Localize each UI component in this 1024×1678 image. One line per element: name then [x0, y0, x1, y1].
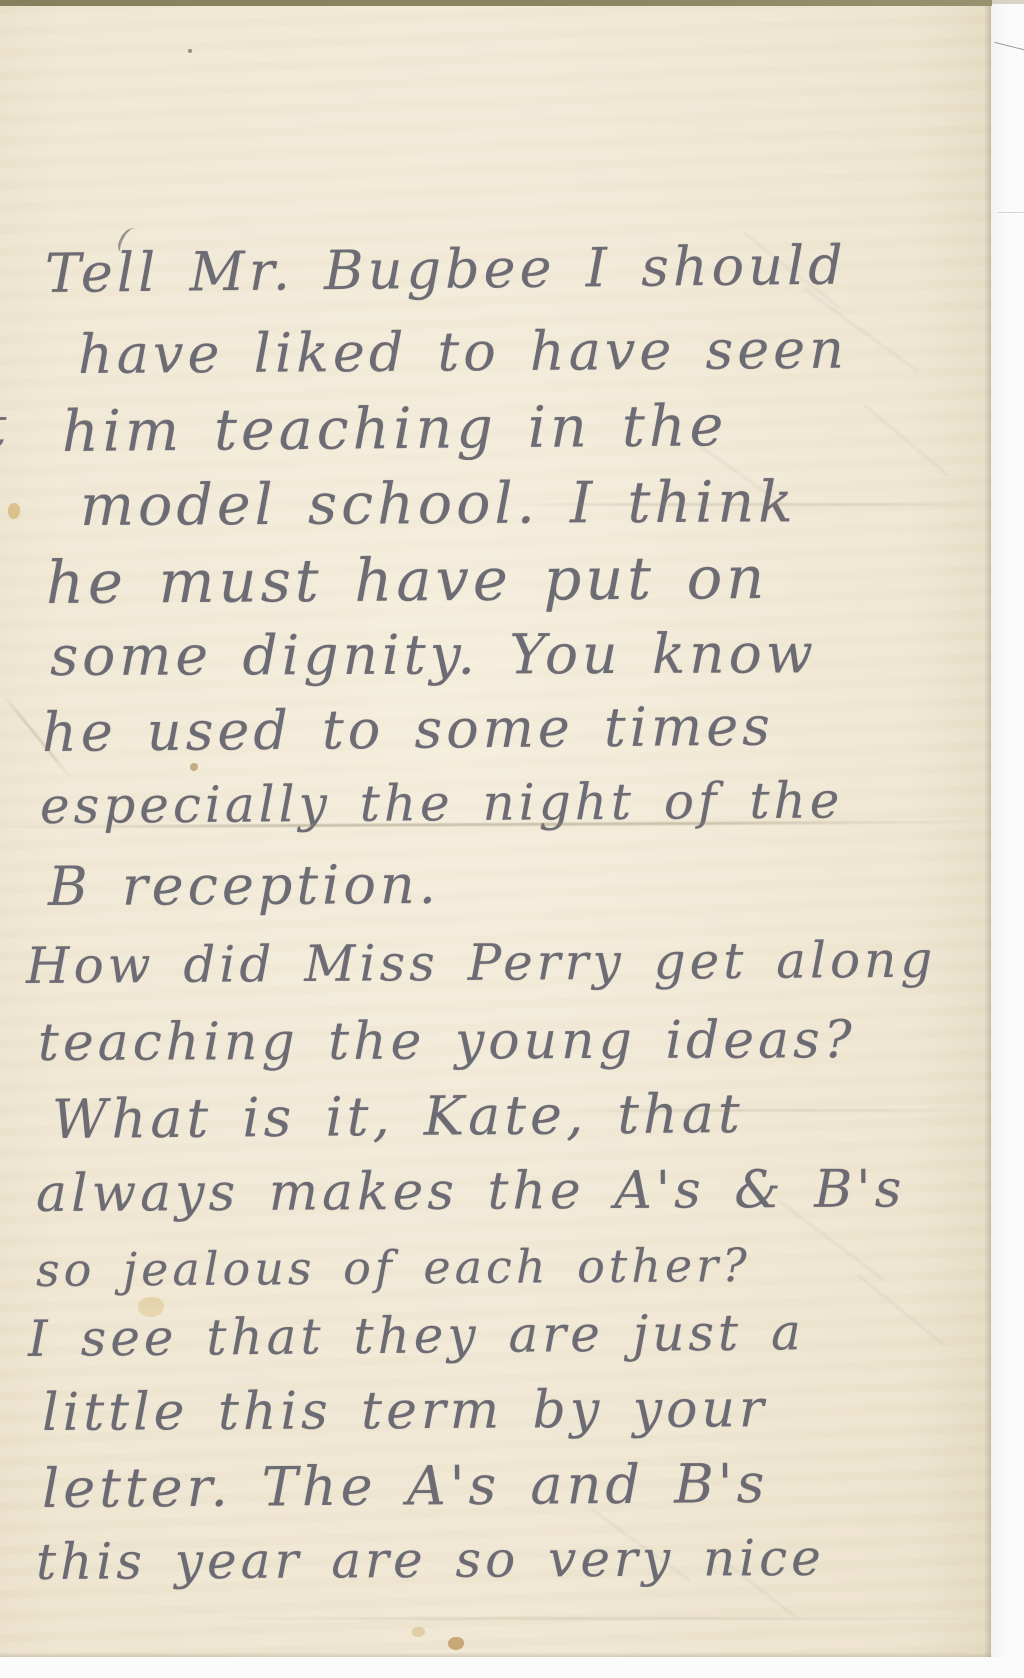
- scan-background-right: [991, 0, 1024, 1678]
- scan-top-edge: [0, 0, 992, 6]
- stain-spot: [188, 49, 192, 53]
- letter-line: so jealous of each other?: [36, 1238, 751, 1297]
- fold-crease: [500, 503, 991, 506]
- letter-line: this year are so very nice: [36, 1529, 825, 1591]
- letter-line: B reception.: [48, 853, 440, 918]
- fold-crease: [560, 1109, 980, 1112]
- stain-spot: [448, 1637, 464, 1650]
- letter-line: have liked to have seen: [78, 318, 848, 386]
- fold-crease: [200, 1617, 991, 1620]
- letter-line: What is it, Kate, that: [52, 1082, 744, 1151]
- letter-line: always makes the A's & B's: [36, 1159, 906, 1224]
- letter-line: he used to some times: [42, 695, 774, 764]
- scan-background-bottom: [0, 1657, 1024, 1678]
- letter-line: some dignity. You know: [50, 621, 817, 688]
- ink-showthrough: [863, 404, 949, 476]
- stain-spot: [8, 503, 20, 519]
- letter-line: he must have put on: [46, 543, 769, 617]
- letter-line: How did Miss Perry get along: [26, 931, 937, 995]
- scan-top-edge-faded: [992, 0, 1024, 4]
- stain-spot: [190, 763, 198, 771]
- letter-line: letter. The A's and B's: [42, 1452, 769, 1520]
- letter-line: him teaching in the: [62, 393, 728, 465]
- letter-line: Tell Mr. Bugbee I should: [45, 234, 847, 305]
- letter-line: little this term by your: [42, 1379, 768, 1443]
- ink-showthrough: [858, 1275, 945, 1346]
- letter-line: teaching the young ideas?: [38, 1010, 856, 1073]
- scan-hairline: [998, 212, 1024, 213]
- left-margin-fragment: t: [0, 395, 7, 460]
- letter-paper: t Tell Mr. Bugbee I should have liked to…: [0, 5, 991, 1657]
- scanned-letter-page: t Tell Mr. Bugbee I should have liked to…: [0, 0, 1024, 1678]
- stain-spot: [412, 1627, 425, 1637]
